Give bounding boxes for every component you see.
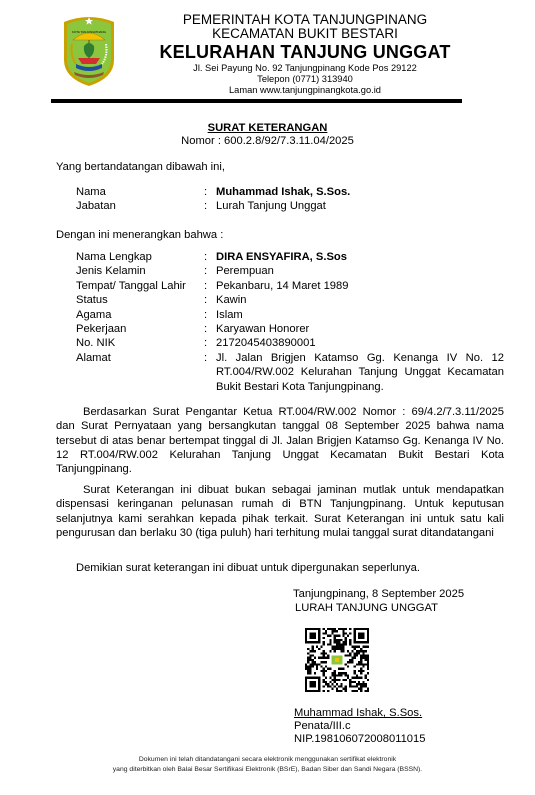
field-row: Nama:Muhammad Ishak, S.Sos. (76, 185, 504, 199)
signature-rank: Penata/III.c (294, 720, 351, 733)
field-value: Lurah Tanjung Unggat (216, 199, 504, 213)
signature-name: Muhammad Ishak, S.Sos. (294, 707, 422, 720)
signature-nip: NIP.198106072008011015 (294, 733, 425, 746)
document-title: SURAT KETERANGAN (0, 122, 535, 134)
field-row: Alamat:Jl. Jalan Brigjen Katamso Gg. Ken… (76, 351, 504, 394)
field-separator: : (204, 279, 216, 293)
field-row: Jabatan:Lurah Tanjung Unggat (76, 199, 504, 213)
field-value: Muhammad Ishak, S.Sos. (216, 185, 504, 199)
field-label: Jenis Kelamin (76, 264, 204, 278)
field-separator: : (204, 264, 216, 278)
letterhead-website: Laman www.tanjungpinangkota.go.id (140, 86, 470, 95)
footer-esign-note-1: Dokumen ini telah ditandatangani secara … (0, 755, 535, 765)
closing-text: Demikian surat keterangan ini dibuat unt… (76, 562, 420, 574)
field-label: Status (76, 293, 204, 307)
field-separator: : (204, 351, 216, 394)
field-row: Status:Kawin (76, 293, 504, 307)
field-value: Perempuan (216, 264, 504, 278)
field-label: Nama Lengkap (76, 250, 204, 264)
intro2-text: Dengan ini menerangkan bahwa : (56, 228, 223, 242)
document-number: Nomor : 600.2.8/92/7.3.11.04/2025 (0, 135, 535, 147)
field-value: Islam (216, 308, 504, 322)
signer-fields: Nama:Muhammad Ishak, S.Sos.Jabatan:Lurah… (76, 185, 504, 214)
letterhead-district: KECAMATAN BUKIT BESTARI (140, 27, 470, 41)
field-separator: : (204, 308, 216, 322)
field-value: Kawin (216, 293, 504, 307)
field-label: Pekerjaan (76, 322, 204, 336)
field-value: Karyawan Honorer (216, 322, 504, 336)
paragraph-basis-text: Berdasarkan Surat Pengantar Ketua RT.004… (56, 406, 504, 475)
signature-place-date: Tanjungpinang, 8 September 2025 (293, 588, 464, 601)
paragraph-purpose-text: Surat Keterangan ini dibuat bukan sebaga… (56, 484, 504, 539)
field-label: No. NIK (76, 336, 204, 350)
intro-text: Yang bertandatangan dibawah ini, (56, 160, 225, 174)
field-label: Nama (76, 185, 204, 199)
svg-text:KOTA TANJUNGPINANG: KOTA TANJUNGPINANG (72, 30, 107, 34)
field-row: Agama:Islam (76, 308, 504, 322)
field-value: DIRA ENSYAFIRA, S.Sos (216, 250, 504, 264)
field-label: Jabatan (76, 199, 204, 213)
city-logo: KOTA TANJUNGPINANG (58, 14, 120, 88)
subject-fields: Nama Lengkap:DIRA ENSYAFIRA, S.SosJenis … (76, 250, 504, 394)
field-separator: : (204, 322, 216, 336)
field-row: Nama Lengkap:DIRA ENSYAFIRA, S.Sos (76, 250, 504, 264)
letterhead-address: Jl. Sei Payung No. 92 Tanjungpinang Kode… (140, 64, 470, 73)
field-label: Tempat/ Tanggal Lahir (76, 279, 204, 293)
field-value: 2172045403890001 (216, 336, 504, 350)
footer-esign-note-2: yang diterbitkan oleh Balai Besar Sertif… (0, 765, 535, 775)
letterhead-divider (51, 99, 462, 103)
field-row: Pekerjaan:Karyawan Honorer (76, 322, 504, 336)
paragraph-basis: Berdasarkan Surat Pengantar Ketua RT.004… (56, 405, 504, 476)
letterhead-phone: Telepon (0771) 313940 (140, 75, 470, 84)
field-separator: : (204, 336, 216, 350)
field-separator: : (204, 185, 216, 199)
letterhead-government: PEMERINTAH KOTA TANJUNGPINANG (140, 13, 470, 27)
field-separator: : (204, 199, 216, 213)
field-value: Pekanbaru, 14 Maret 1989 (216, 279, 504, 293)
qr-code (305, 628, 369, 692)
field-row: No. NIK:2172045403890001 (76, 336, 504, 350)
field-value: Jl. Jalan Brigjen Katamso Gg. Kenanga IV… (216, 351, 504, 394)
field-row: Jenis Kelamin:Perempuan (76, 264, 504, 278)
paragraph-purpose: Surat Keterangan ini dibuat bukan sebaga… (56, 483, 504, 540)
letterhead-village: KELURAHAN TANJUNG UNGGAT (140, 43, 470, 61)
field-label: Agama (76, 308, 204, 322)
field-row: Tempat/ Tanggal Lahir:Pekanbaru, 14 Mare… (76, 279, 504, 293)
signature-position: LURAH TANJUNG UNGGAT (295, 602, 438, 615)
city-coat-of-arms-icon: KOTA TANJUNGPINANG (58, 14, 120, 88)
field-separator: : (204, 250, 216, 264)
field-label: Alamat (76, 351, 204, 394)
field-separator: : (204, 293, 216, 307)
qr-code-signature-icon (305, 628, 369, 692)
